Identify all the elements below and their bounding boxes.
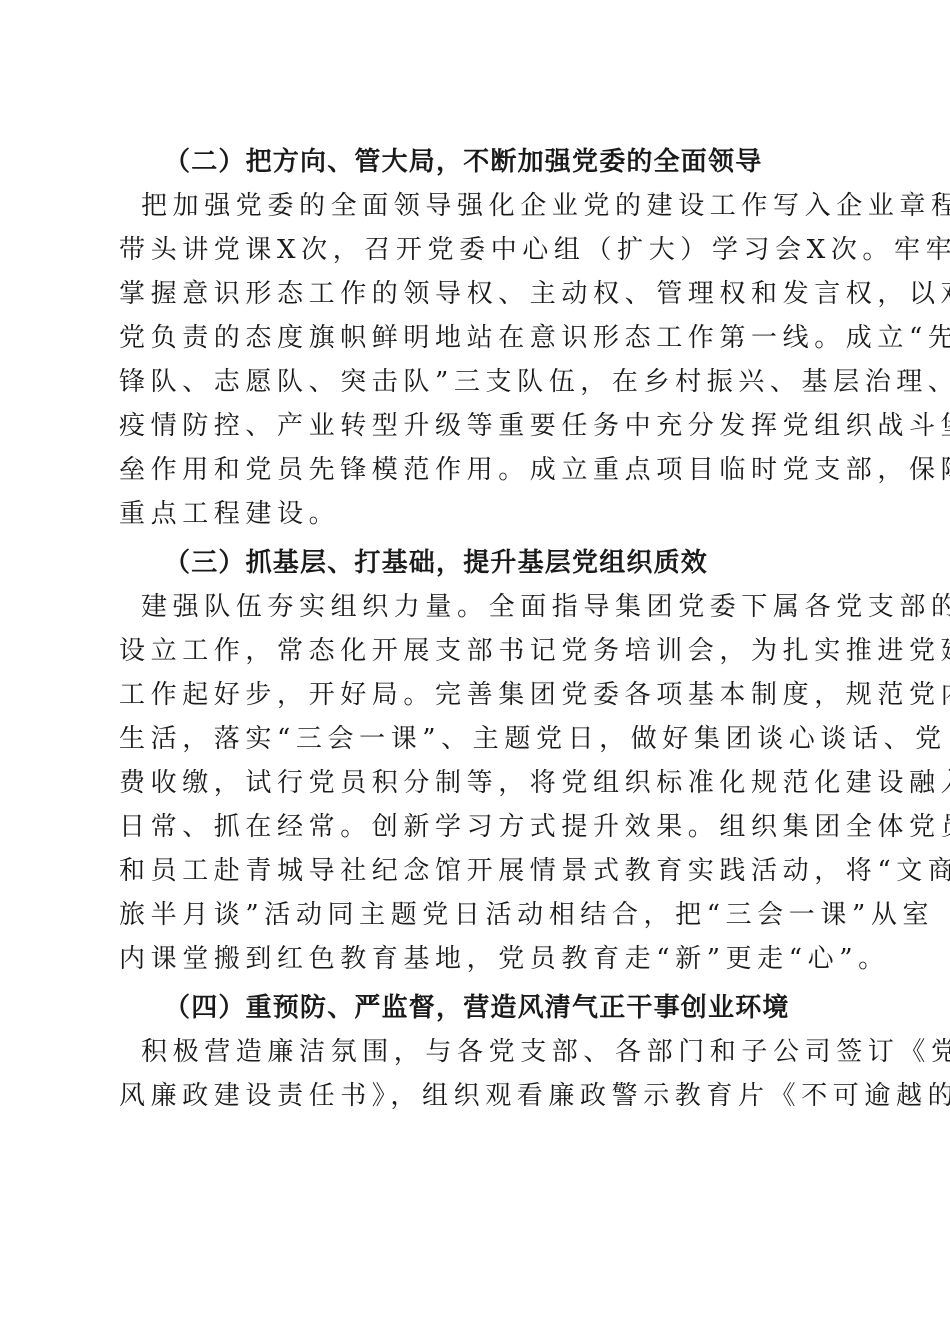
paragraph-line: 生活，落实“三会一课”、主题党日，做好集团谈心谈话、党 <box>119 717 834 761</box>
section-3: （三）抓基层、打基础，提升基层党组织质效 建强队伍夯实组织力量。全面指导集团党委… <box>119 541 834 981</box>
paragraph-line: 工作起好步，开好局。完善集团党委各项基本制度，规范党内 <box>119 673 834 717</box>
paragraph-line: 风廉政建设责任书》，组织观看廉政警示教育片《不可逾越的 <box>119 1074 834 1118</box>
paragraph-line: 带头讲党课X次，召开党委中心组（扩大）学习会X次。牢牢 <box>119 228 834 272</box>
paragraph-line: 设立工作，常态化开展支部书记党务培训会，为扎实推进党建 <box>119 629 834 673</box>
paragraph-line: 建强队伍夯实组织力量。全面指导集团党委下属各党支部的 <box>119 585 834 629</box>
paragraph-line: 费收缴，试行党员积分制等，将党组织标准化规范化建设融入 <box>119 761 834 805</box>
paragraph-line: 旅半月谈”活动同主题党日活动相结合，把“三会一课”从室 <box>119 893 834 937</box>
paragraph-line: 锋队、志愿队、突击队”三支队伍，在乡村振兴、基层治理、 <box>119 360 834 404</box>
paragraph-line: 日常、抓在经常。创新学习方式提升效果。组织集团全体党员 <box>119 805 834 849</box>
paragraph-line: 掌握意识形态工作的领导权、主动权、管理权和发言权，以对 <box>119 272 834 316</box>
section-heading: （二）把方向、管大局，不断加强党委的全面领导 <box>119 140 834 184</box>
paragraph-line: 把加强党委的全面领导强化企业党的建设工作写入企业章程。 <box>119 184 834 228</box>
paragraph-line: 和员工赴青城导社纪念馆开展情景式教育实践活动，将“文商 <box>119 849 834 893</box>
paragraph-line: 积极营造廉洁氛围，与各党支部、各部门和子公司签订《党 <box>119 1030 834 1074</box>
paragraph-line: 垒作用和党员先锋模范作用。成立重点项目临时党支部，保障 <box>119 448 834 492</box>
section-heading: （三）抓基层、打基础，提升基层党组织质效 <box>119 541 834 585</box>
section-heading: （四）重预防、严监督，营造风清气正干事创业环境 <box>119 986 834 1030</box>
paragraph-line: 疫情防控、产业转型升级等重要任务中充分发挥党组织战斗堡 <box>119 404 834 448</box>
section-2: （二）把方向、管大局，不断加强党委的全面领导 把加强党委的全面领导强化企业党的建… <box>119 140 834 536</box>
document-page: （二）把方向、管大局，不断加强党委的全面领导 把加强党委的全面领导强化企业党的建… <box>119 140 834 1118</box>
section-4: （四）重预防、严监督，营造风清气正干事创业环境 积极营造廉洁氛围，与各党支部、各… <box>119 986 834 1118</box>
paragraph-line: 党负责的态度旗帜鲜明地站在意识形态工作第一线。成立“先 <box>119 316 834 360</box>
paragraph-line: 重点工程建设。 <box>119 492 834 536</box>
paragraph-line: 内课堂搬到红色教育基地，党员教育走“新”更走“心”。 <box>119 937 834 981</box>
